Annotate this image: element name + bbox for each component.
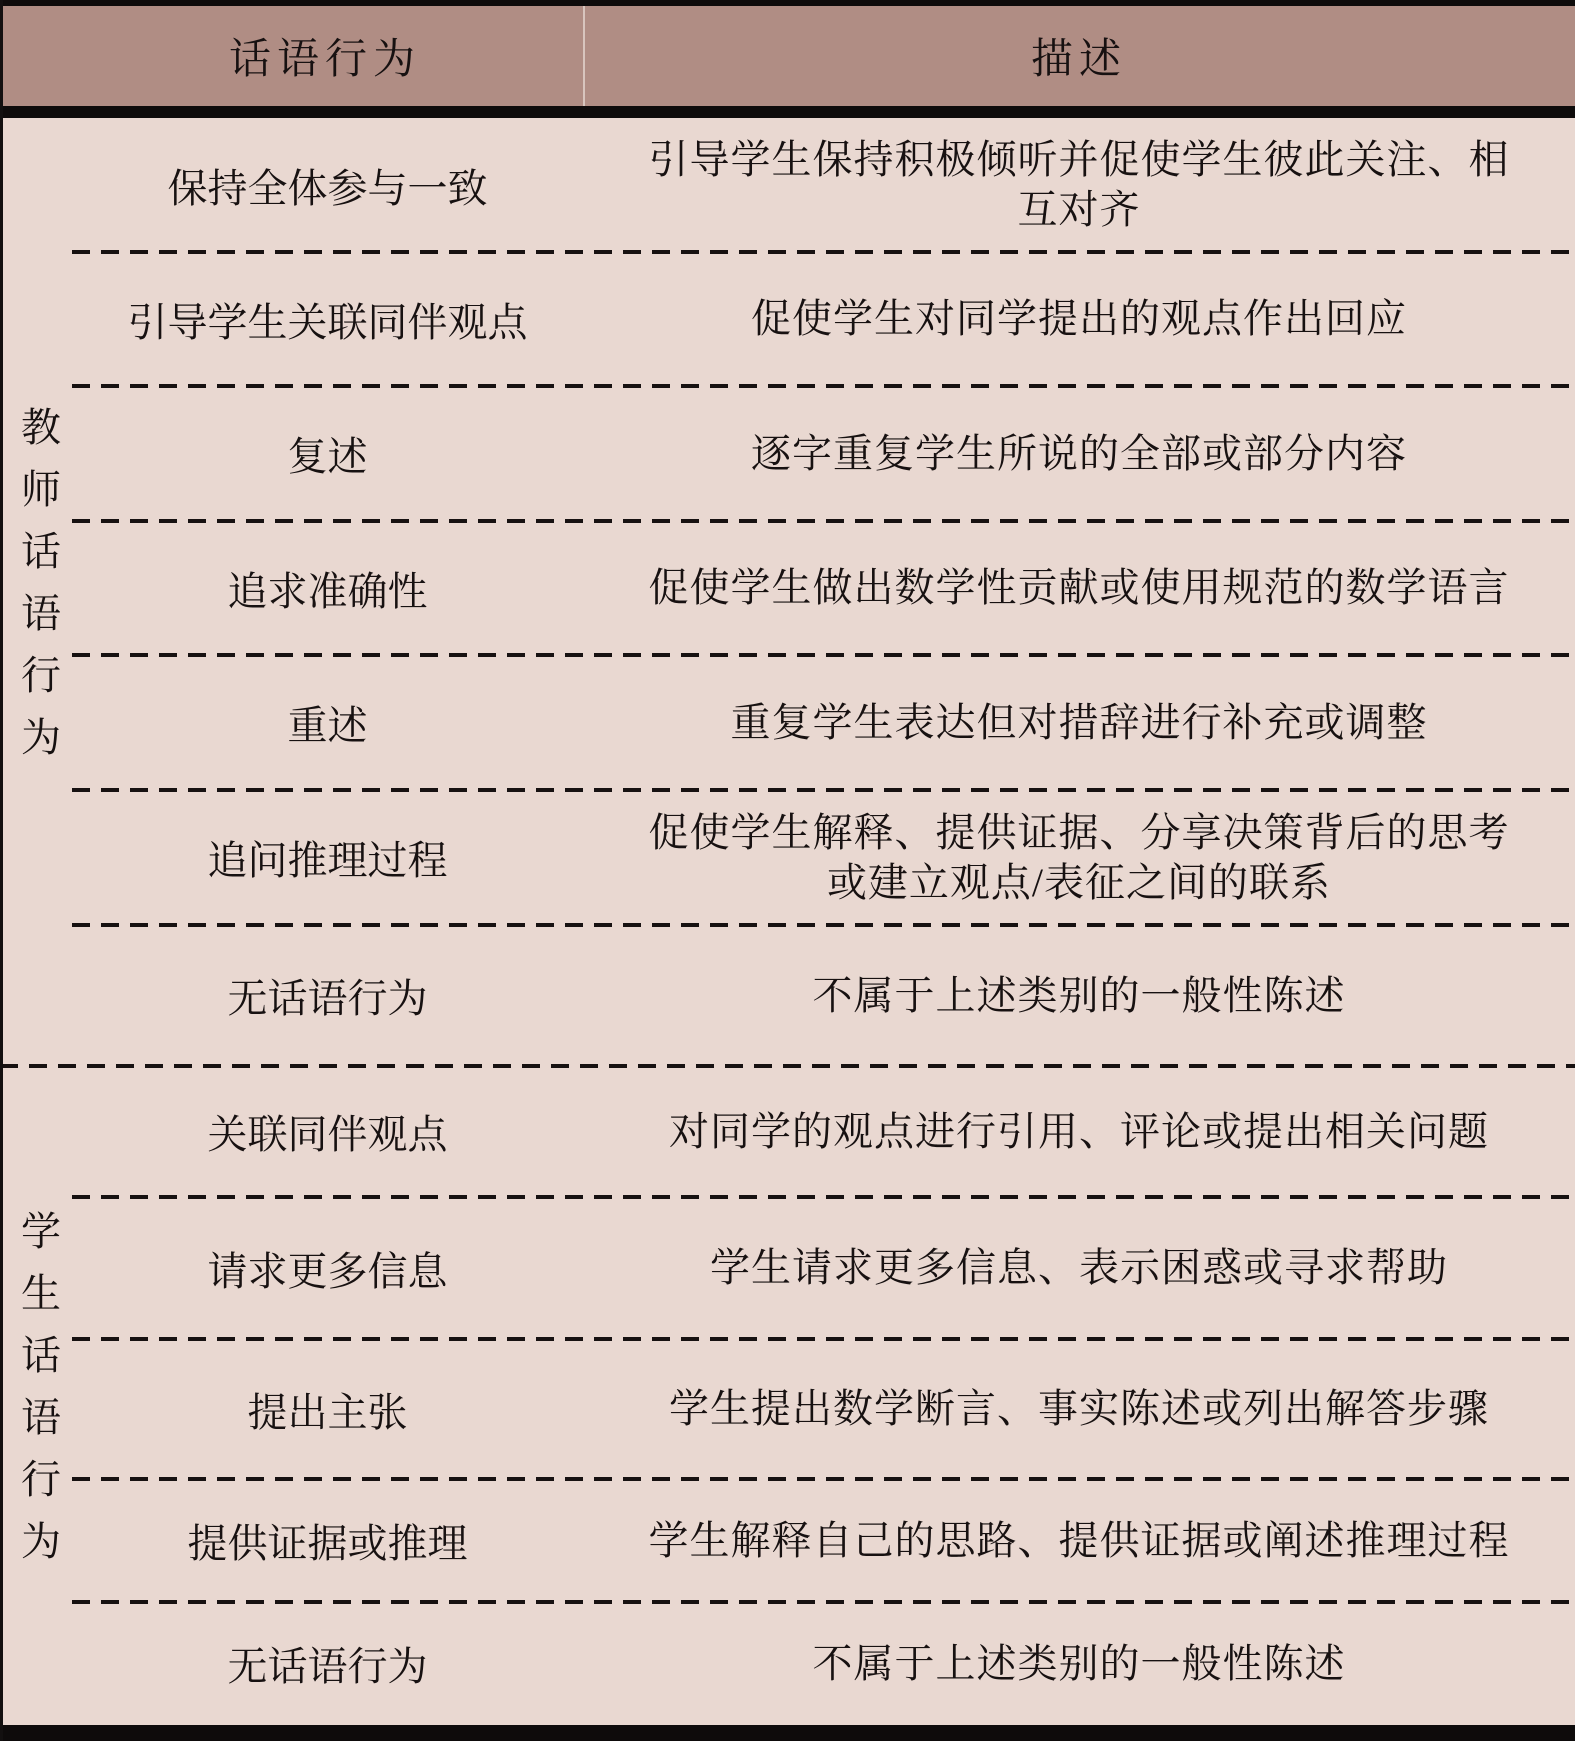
section-label-text: 学生话语行为: [18, 1210, 58, 1582]
table-row: 复述 逐字重复学生所说的全部或部分内容: [72, 386, 1575, 521]
table-row: 追问推理过程 促使学生解释、提供证据、分享决策背后的思考或建立观点/表征之间的联…: [72, 790, 1575, 925]
student-rows: 关联同伴观点 对同学的观点进行引用、评论或提出相关问题 请求更多信息 学生请求更…: [72, 1066, 1575, 1725]
table-row: 无话语行为 不属于上述类别的一般性陈述: [72, 1602, 1575, 1725]
description-text: 重复学生表达但对措辞进行补充或调整: [731, 698, 1428, 748]
behavior-cell: 关联同伴观点: [72, 1066, 583, 1197]
table-row: 无话语行为 不属于上述类别的一般性陈述: [72, 925, 1575, 1066]
behavior-cell: 追问推理过程: [72, 790, 583, 925]
header-rule: [3, 106, 1575, 118]
table-row: 保持全体参与一致 引导学生保持积极倾听并促使学生彼此关注、相互对齐: [72, 118, 1575, 252]
description-text: 学生提出数学断言、事实陈述或列出解答步骤: [669, 1384, 1489, 1434]
description-text: 不属于上述类别的一般性陈述: [813, 971, 1346, 1021]
table-row: 重述 重复学生表达但对措辞进行补充或调整: [72, 655, 1575, 790]
header-row: 话语行为 描述: [3, 6, 1575, 106]
behavior-cell: 提出主张: [72, 1339, 583, 1479]
section-label-student: 学生话语行为: [3, 1066, 72, 1725]
description-cell: 对同学的观点进行引用、评论或提出相关问题: [583, 1066, 1575, 1197]
behavior-cell: 引导学生关联同伴观点: [72, 252, 583, 386]
bottom-rule: [3, 1725, 1575, 1741]
teacher-rows: 保持全体参与一致 引导学生保持积极倾听并促使学生彼此关注、相互对齐 引导学生关联…: [72, 118, 1575, 1066]
table-row: 提出主张 学生提出数学断言、事实陈述或列出解答步骤: [72, 1339, 1575, 1479]
behavior-cell: 追求准确性: [72, 521, 583, 655]
section-teacher: 教师话语行为 保持全体参与一致 引导学生保持积极倾听并促使学生彼此关注、相互对齐…: [3, 118, 1575, 1066]
description-cell: 学生请求更多信息、表示困惑或寻求帮助: [583, 1197, 1575, 1339]
description-cell: 不属于上述类别的一般性陈述: [583, 925, 1575, 1066]
description-cell: 逐字重复学生所说的全部或部分内容: [583, 386, 1575, 521]
table-row: 提供证据或推理 学生解释自己的思路、提供证据或阐述推理过程: [72, 1479, 1575, 1602]
behavior-cell: 提供证据或推理: [72, 1479, 583, 1602]
behavior-cell: 请求更多信息: [72, 1197, 583, 1339]
table-row: 关联同伴观点 对同学的观点进行引用、评论或提出相关问题: [72, 1066, 1575, 1197]
description-cell: 学生提出数学断言、事实陈述或列出解答步骤: [583, 1339, 1575, 1479]
header-column-divider: [583, 6, 585, 106]
table-row: 请求更多信息 学生请求更多信息、表示困惑或寻求帮助: [72, 1197, 1575, 1339]
table-row: 引导学生关联同伴观点 促使学生对同学提出的观点作出回应: [72, 252, 1575, 386]
description-text: 促使学生对同学提出的观点作出回应: [751, 294, 1407, 344]
description-text: 学生解释自己的思路、提供证据或阐述推理过程: [649, 1516, 1510, 1566]
description-text: 引导学生保持积极倾听并促使学生彼此关注、相互对齐: [629, 135, 1529, 235]
description-cell: 促使学生解释、提供证据、分享决策背后的思考或建立观点/表征之间的联系: [583, 790, 1575, 925]
description-text: 逐字重复学生所说的全部或部分内容: [751, 429, 1407, 479]
description-cell: 重复学生表达但对措辞进行补充或调整: [583, 655, 1575, 790]
description-cell: 促使学生对同学提出的观点作出回应: [583, 252, 1575, 386]
behavior-cell: 保持全体参与一致: [72, 118, 583, 252]
behavior-cell: 重述: [72, 655, 583, 790]
description-cell: 引导学生保持积极倾听并促使学生彼此关注、相互对齐: [583, 118, 1575, 252]
section-student: 学生话语行为 关联同伴观点 对同学的观点进行引用、评论或提出相关问题 请求更多信…: [3, 1066, 1575, 1725]
section-label-text: 教师话语行为: [18, 406, 58, 778]
column-header-description: 描述: [583, 6, 1575, 106]
behavior-cell: 复述: [72, 386, 583, 521]
description-cell: 促使学生做出数学性贡献或使用规范的数学语言: [583, 521, 1575, 655]
behavior-cell: 无话语行为: [72, 925, 583, 1066]
table-row: 追求准确性 促使学生做出数学性贡献或使用规范的数学语言: [72, 521, 1575, 655]
discourse-moves-table: 话语行为 描述 教师话语行为 保持全体参与一致 引导学生保持积极倾听并促使学生彼…: [0, 0, 1575, 1741]
description-text: 促使学生解释、提供证据、分享决策背后的思考或建立观点/表征之间的联系: [629, 808, 1529, 908]
description-cell: 学生解释自己的思路、提供证据或阐述推理过程: [583, 1479, 1575, 1602]
description-text: 对同学的观点进行引用、评论或提出相关问题: [669, 1107, 1489, 1157]
section-label-teacher: 教师话语行为: [3, 118, 72, 1066]
description-text: 促使学生做出数学性贡献或使用规范的数学语言: [649, 563, 1510, 613]
description-cell: 不属于上述类别的一般性陈述: [583, 1602, 1575, 1725]
description-text: 学生请求更多信息、表示困惑或寻求帮助: [710, 1243, 1448, 1293]
description-text: 不属于上述类别的一般性陈述: [813, 1639, 1346, 1689]
column-header-behavior: 话语行为: [3, 6, 583, 106]
behavior-cell: 无话语行为: [72, 1602, 583, 1725]
